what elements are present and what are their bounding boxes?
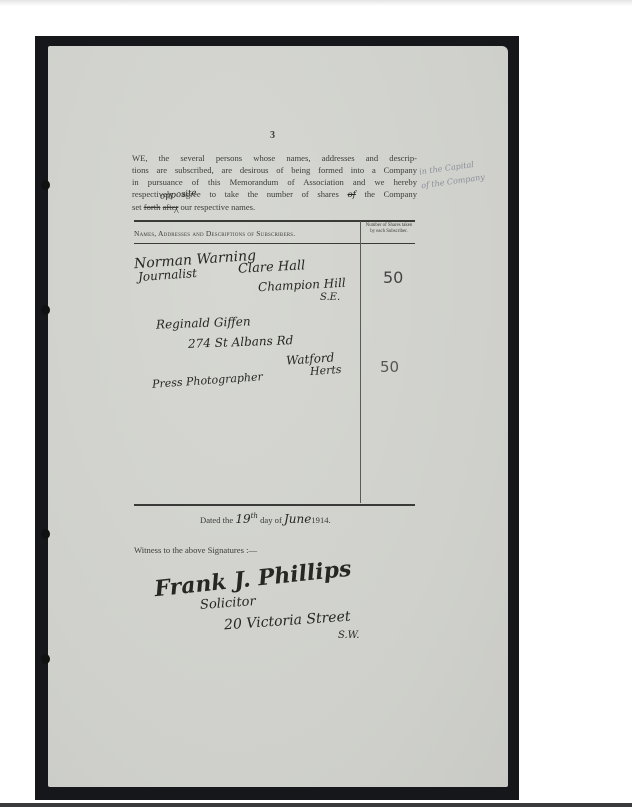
subscriber-name: Reginald Giffen	[156, 314, 251, 331]
witness-address-line: 20 Victoria Street	[224, 609, 351, 634]
witness-address-line: S.W.	[338, 630, 359, 641]
table-top-rule	[134, 220, 415, 222]
shares-column-divider	[360, 221, 361, 503]
subscriber-address-line: Herts	[310, 363, 342, 378]
memorandum-preamble: WE, the several persons whose names, add…	[132, 152, 417, 213]
subscriber-description: Press Photographer	[152, 370, 263, 391]
preamble-line: tions are subscribed, are desirous of be…	[132, 164, 417, 176]
subscriber-shares: 50	[383, 268, 403, 287]
preamble-line: WE, the several persons whose names, add…	[132, 152, 417, 164]
table-header-rule	[134, 243, 415, 244]
preamble-line: in pursuance of this Memorandum of Assoc…	[132, 176, 417, 188]
table-bottom-rule	[134, 504, 415, 506]
subscriber-address-line: Clare Hall	[238, 258, 306, 277]
punch-hole	[41, 529, 50, 539]
margin-note: in the Capital of the Company	[418, 157, 485, 194]
insertion-caret: ^	[174, 207, 179, 218]
document-page: 3 WE, the several persons whose names, a…	[48, 46, 508, 787]
header-shares: Number of Shares taken by each Subscribe…	[364, 223, 414, 235]
bottom-edge	[0, 803, 632, 807]
subscriber-description: Journalist	[138, 266, 198, 284]
witness-title: Solicitor	[200, 594, 257, 613]
date-line: Dated the 19th day of June1914.	[200, 512, 331, 526]
date-day: 19th	[235, 512, 258, 526]
page-number: 3	[270, 130, 275, 141]
punch-hole	[41, 305, 50, 315]
subscriber-address-line: 274 St Albans Rd	[188, 333, 294, 351]
header-names: Names, Addresses and Descriptions of Sub…	[134, 229, 295, 238]
subscriber-shares: 50	[380, 358, 399, 376]
top-edge	[0, 0, 632, 6]
punch-hole	[41, 180, 50, 190]
date-month: June	[284, 512, 311, 526]
witness-label: Witness to the above Signatures :—	[134, 545, 257, 555]
punch-hole	[41, 654, 50, 664]
subscriber-address-line: S.E.	[320, 292, 340, 303]
